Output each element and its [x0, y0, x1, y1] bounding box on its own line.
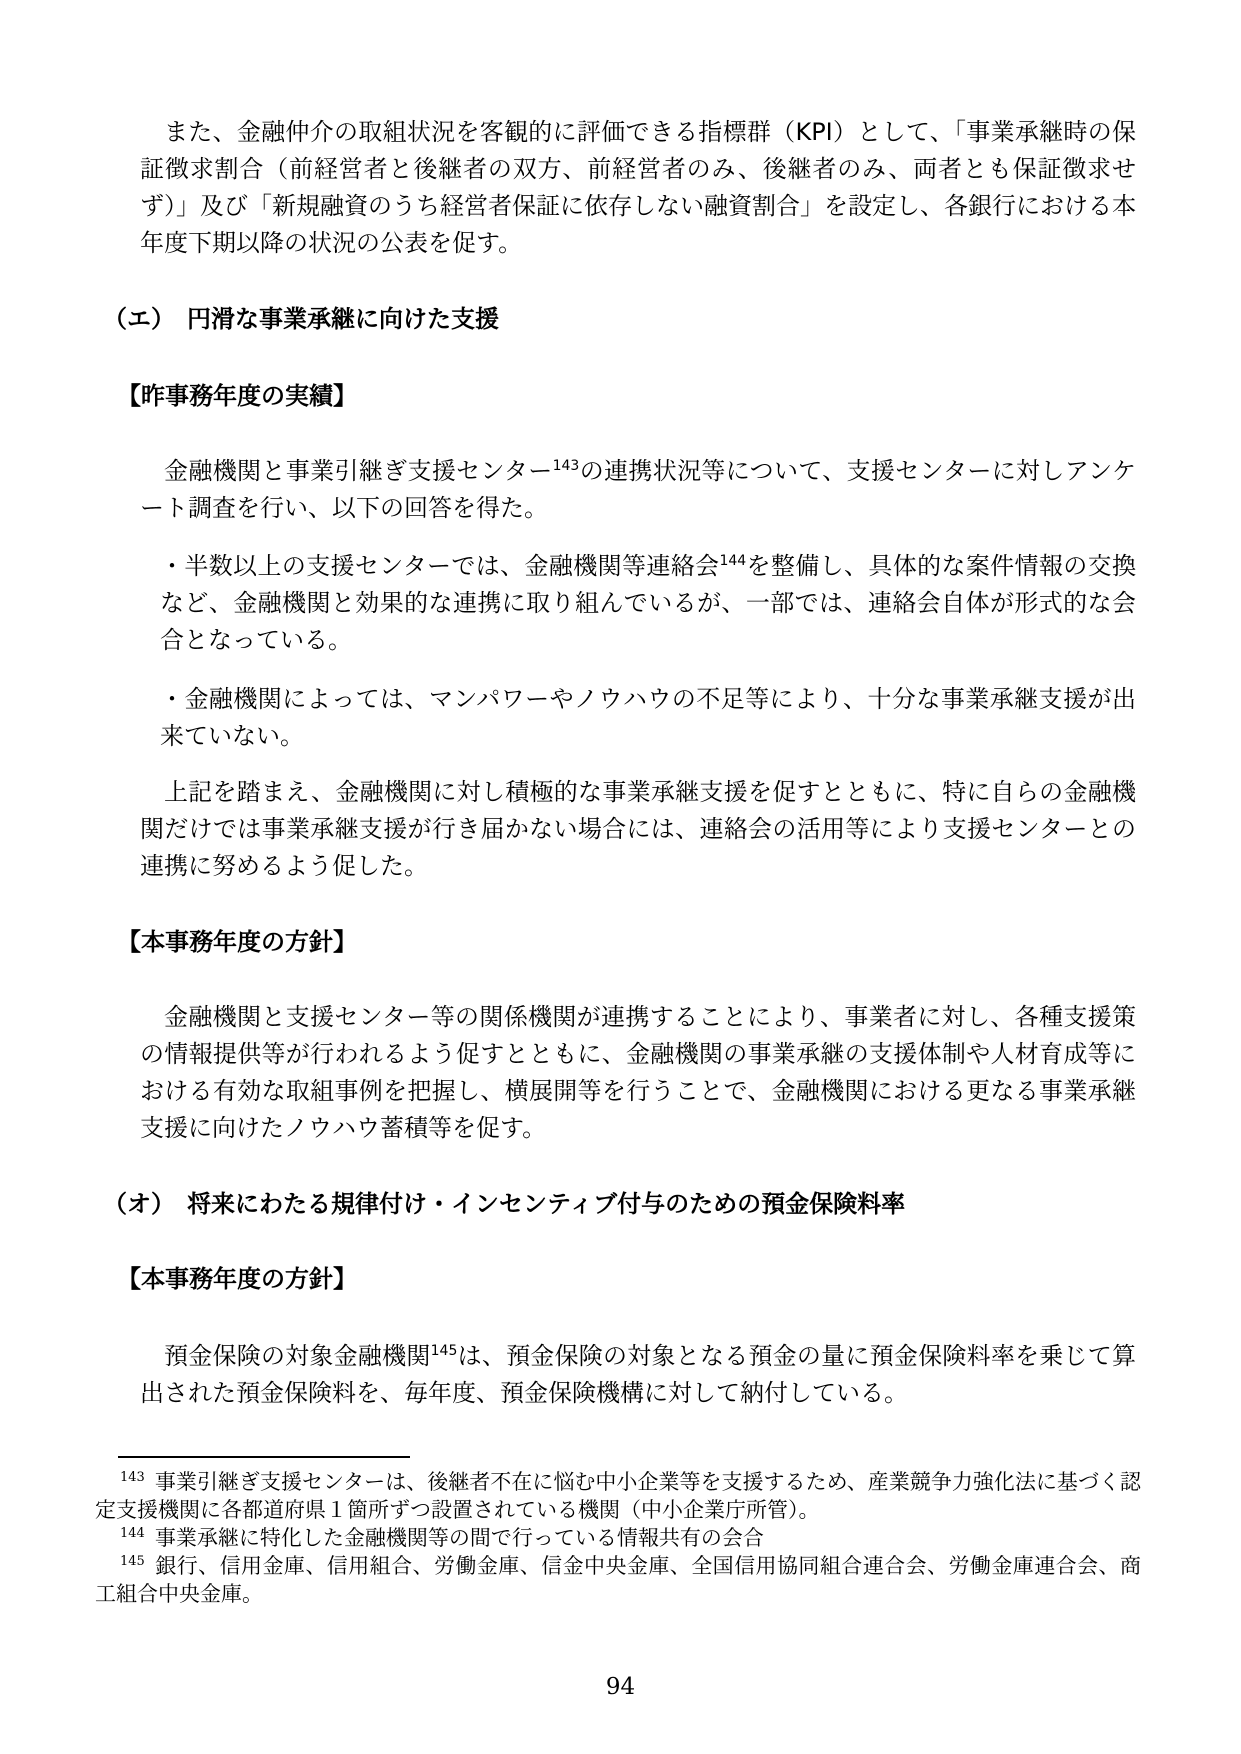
page-content: また、金融仲介の取組状況を客観的に評価できる指標群（KPI）として、「事業承継時…	[0, 0, 1241, 1754]
heading-o-deposit-insurance-rate: （オ） 将来にわたる規律付け・インセンティブ付与のための預金保険料率	[103, 1186, 1136, 1223]
paragraph-survey: 金融機関と事業引継ぎ支援センター143の連携状況等について、支援センターに対しア…	[140, 453, 1136, 527]
footnote-separator	[118, 1456, 410, 1458]
footnote-145-marker: 145	[120, 1554, 145, 1569]
paragraph-summary: 上記を踏まえ、金融機関に対し積極的な事業承継支援を促すとともに、特に自らの金融機…	[140, 774, 1136, 885]
bullet-item-manpower: ・金融機関によっては、マンパワーやノウハウの不足等により、十分な事業承継支援が出…	[160, 681, 1136, 755]
footnote-144-marker: 144	[120, 1526, 145, 1541]
footnote-144-text: 事業承継に特化した金融機関等の間で行っている情報共有の会合	[155, 1526, 764, 1550]
footnote-143-text: 事業引継ぎ支援センターは、後継者不在に悩む中小企業等を支援するため、産業競争力強…	[95, 1470, 1141, 1522]
subheading-this-fiscal-year-policy-2: 【本事務年度の方針】	[117, 1261, 1136, 1298]
heading-e-business-succession: （エ） 円滑な事業承継に向けた支援	[103, 301, 1136, 338]
footnote-145: 145銀行、信用金庫、信用組合、労働金庫、信金中央金庫、全国信用協同組合連合会、…	[95, 1552, 1141, 1608]
subheading-last-fiscal-year-results: 【昨事務年度の実績】	[117, 378, 1136, 415]
subheading-this-fiscal-year-policy-1: 【本事務年度の方針】	[117, 924, 1136, 961]
footnotes-section: 143事業引継ぎ支援センターは、後継者不在に悩む中小企業等を支援するため、産業競…	[95, 1468, 1141, 1608]
bullet-icon: ・	[160, 552, 184, 580]
paragraph-deposit-insurance: 預金保険の対象金融機関145は、預金保険の対象となる預金の量に預金保険料率を乗じ…	[140, 1338, 1136, 1412]
footnote-143-marker: 143	[120, 1470, 145, 1485]
footnote-144: 144事業承継に特化した金融機関等の間で行っている情報共有の会合	[95, 1524, 1141, 1552]
paragraph-kpi: また、金融仲介の取組状況を客観的に評価できる指標群（KPI）として、「事業承継時…	[140, 114, 1136, 262]
paragraph-policy: 金融機関と支援センター等の関係機関が連携することにより、事業者に対し、各種支援策…	[140, 999, 1136, 1147]
bullet-item-renrakukai: ・半数以上の支援センターでは、金融機関等連絡会144を整備し、具体的な案件情報の…	[160, 548, 1136, 659]
bullet2-text: 金融機関によっては、マンパワーやノウハウの不足等により、十分な事業承継支援が出来…	[160, 685, 1136, 750]
footnote-ref-145: 145	[431, 1343, 458, 1359]
bullet-icon: ・	[160, 685, 184, 713]
document-page: また、金融仲介の取組状況を客観的に評価できる指標群（KPI）として、「事業承継時…	[0, 0, 1241, 1754]
paragraph-survey-text-pre: 金融機関と事業引継ぎ支援センター	[164, 457, 553, 485]
footnote-143: 143事業引継ぎ支援センターは、後継者不在に悩む中小企業等を支援するため、産業競…	[95, 1468, 1141, 1524]
footnote-ref-144: 144	[719, 553, 746, 569]
page-number: 94	[0, 1672, 1241, 1702]
paragraph-deposit-text-pre: 預金保険の対象金融機関	[164, 1342, 431, 1370]
bullet1-text-pre: 半数以上の支援センターでは、金融機関等連絡会	[184, 552, 719, 580]
footnote-ref-143: 143	[553, 458, 580, 474]
footnote-145-text: 銀行、信用金庫、信用組合、労働金庫、信金中央金庫、全国信用協同組合連合会、労働金…	[95, 1554, 1141, 1606]
